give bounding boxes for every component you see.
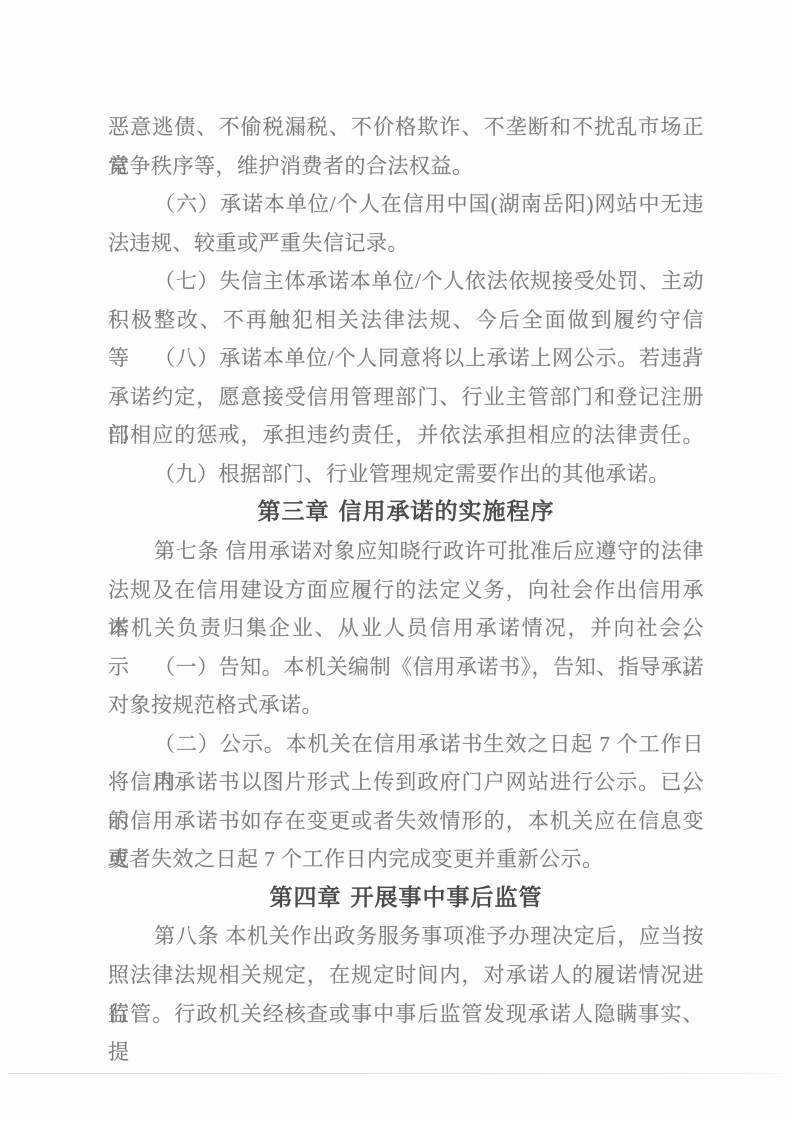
document-line: 门相应的惩戒，承担违约责任，并依法承担相应的法律责任。 [108,416,704,455]
document-line: 照法律法规相关规定，在规定时间内，对承诺人的履诺情况进行 [108,956,704,995]
document-line: （二）公示。本机关在信用承诺书生效之日起 7 个工作日内， [108,725,704,764]
document-line: 承诺约定，愿意接受信用管理部门、行业主管部门和登记注册部 [108,378,704,417]
document-line: 或者失效之日起 7 个工作日内完成变更并重新公示。 [108,840,704,879]
document-text-block: 恶意逃债、不偷税漏税、不价格欺诈、不垄断和不扰乱市场正常竞争秩序等，维护消费者的… [108,108,704,1033]
document-line: 积极整改、不再触犯相关法律法规、今后全面做到履约守信等。 [108,301,704,340]
document-line: 法规及在信用建设方面应履行的法定义务，向社会作出信用承诺， [108,571,704,610]
chapter-heading: 第三章 信用承诺的实施程序 [108,493,704,532]
document-page: 恶意逃债、不偷税漏税、不价格欺诈、不垄断和不扰乱市场正常竞争秩序等，维护消费者的… [0,0,793,1122]
document-line: （七）失信主体承诺本单位/个人依法依规接受处罚、主动 [108,262,704,301]
chapter-heading: 第四章 开展事中事后监管 [108,879,704,918]
document-line: 竞争秩序等，维护消费者的合法权益。 [108,147,704,186]
document-line: 监管。行政机关经核查或事中事后监管发现承诺人隐瞒事实、提 [108,995,704,1034]
document-line: （八）承诺本单位/个人同意将以上承诺上网公示。若违背 [108,339,704,378]
document-line: （九）根据部门、行业管理规定需要作出的其他承诺。 [108,455,704,494]
document-line: （六）承诺本单位/个人在信用中国(湖南岳阳)网站中无违 [108,185,704,224]
document-line: 对象按规范格式承诺。 [108,686,704,725]
scan-artifact-line [8,1073,783,1074]
document-line: 恶意逃债、不偷税漏税、不价格欺诈、不垄断和不扰乱市场正常 [108,108,704,147]
document-line: 第八条 本机关作出政务服务事项准予办理决定后，应当按 [108,917,704,956]
document-line: 第七条 信用承诺对象应知晓行政许可批准后应遵守的法律 [108,532,704,571]
document-line: 的信用承诺书如存在变更或者失效情形的，本机关应在信息变更 [108,802,704,841]
document-line: 本机关负责归集企业、从业人员信用承诺情况，并向社会公示。 [108,609,704,648]
document-line: （一）告知。本机关编制《信用承诺书》，告知、指导承诺 [108,648,704,687]
document-line: 将信用承诺书以图片形式上传到政府门户网站进行公示。已公示 [108,763,704,802]
document-line: 法违规、较重或严重失信记录。 [108,224,704,263]
